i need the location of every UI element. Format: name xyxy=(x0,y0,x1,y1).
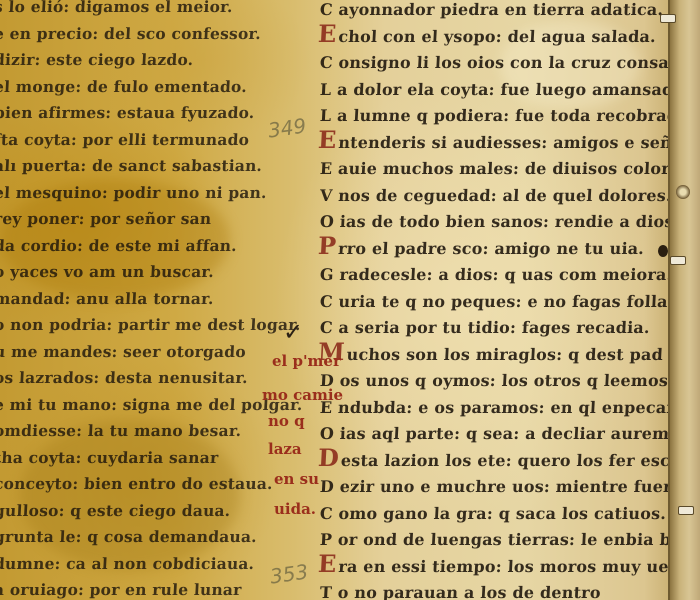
red-initial xyxy=(317,575,319,600)
text-line: E auie muchos males: de diuisos colores. xyxy=(317,153,668,180)
text-line: el mesquino: podir uno ni pan. xyxy=(0,180,295,207)
text-line: u me mandes: seer otorgado xyxy=(0,339,295,366)
text-line: O ias aql parte: q sea: a decliar auremo… xyxy=(317,418,668,445)
binding-clasp xyxy=(660,14,676,23)
manuscript-photo: s lo elió: digamos el meior. e en precio… xyxy=(0,0,700,600)
text-line: e en precio: del sco confessor. xyxy=(0,21,295,48)
text-line: P or ond de luengas tierras: le enbia bo… xyxy=(317,524,668,551)
text-line: fta coyta: por elli termunado xyxy=(0,127,295,154)
text-line: C onsigno li los oios con la cruz consag… xyxy=(317,47,668,74)
text-line: V nos de ceguedad: al de quel dolores. xyxy=(317,180,668,207)
text-line: tha coyta: cuydaria sanar xyxy=(0,445,295,472)
rubric-marginalia: en su xyxy=(274,470,319,488)
text-line: C ayonnador piedra en tierra adatica. xyxy=(317,0,668,21)
check-mark: ✓ xyxy=(283,318,303,346)
text-line: dumne: ca al non cobdiciaua. xyxy=(0,551,295,578)
red-initial: E xyxy=(317,19,337,48)
rubric-marginalia: uida. xyxy=(274,500,316,518)
text-line: os lazrados: desta nenusitar. xyxy=(0,365,295,392)
text-line: Desta lazion los ete: quero los fer escu… xyxy=(317,445,668,472)
text-line: o yaces vo am un buscar. xyxy=(0,259,295,286)
red-initial: E xyxy=(317,125,337,154)
text-line: Echol con el ysopo: del agua salada. xyxy=(317,21,668,48)
text-line: a oruiago: por en rule lunar xyxy=(0,577,295,600)
binding-hole xyxy=(676,185,690,199)
text-line: o non podria: partir me dest logar. xyxy=(0,312,295,339)
red-initial: P xyxy=(317,231,337,260)
text-line: C uria te q no peques: e no fagas folla. xyxy=(317,286,668,313)
text-line: da cordio: de este mi affan. xyxy=(0,233,295,260)
text-line: T o no parauan a los de dentro xyxy=(317,577,668,600)
text-line: conceyto: bien entro do estaua. xyxy=(0,471,295,498)
text-line: E ndubda: e os paramos: en ql enpecaremo… xyxy=(317,392,668,419)
binding-clasp xyxy=(678,506,694,515)
red-initial: D xyxy=(317,443,340,472)
text-line: mandad: anu alla tornar. xyxy=(0,286,295,313)
text-line: O ias de todo bien sanos: rendie a dios … xyxy=(317,206,668,233)
text-line: el monge: de fulo ementado. xyxy=(0,74,295,101)
rubric-marginalia: el p'mer xyxy=(272,352,341,370)
pencil-folio-number: 349 xyxy=(267,113,308,142)
text-line: Entenderis si audiesses: amigos e señore… xyxy=(317,127,668,154)
rubric-marginalia: mo camie xyxy=(262,386,343,404)
right-text-column: C ayonnador piedra en tierra adatica. Ec… xyxy=(318,0,668,600)
text-line: Prro el padre sco: amigo ne tu uia. xyxy=(317,233,668,260)
text-line: grunta le: q cosa demandaua. xyxy=(0,524,295,551)
text-line: D ezir uno e muchre uos: mientre fuerede… xyxy=(317,471,668,498)
text-line: bien afirmes: estaua fyuzado. xyxy=(0,100,295,127)
rubric-marginalia: no q xyxy=(268,412,305,430)
red-initial: E xyxy=(317,549,337,578)
text-line: omdiesse: la tu mano besar. xyxy=(0,418,295,445)
text-line: Muchos son los miraglos: q dest pad sabe… xyxy=(317,339,668,366)
text-line: e mi tu mano: signa me del polgar. xyxy=(0,392,295,419)
left-text-column: s lo elió: digamos el meior. e en precio… xyxy=(0,0,294,600)
text-line: G radecesle: a dios: q uas com meiora. xyxy=(317,259,668,286)
text-line: s lo elió: digamos el meior. xyxy=(0,0,295,21)
text-line: dizir: este ciego lazdo. xyxy=(0,47,295,74)
text-line: alı puerta: de sanct sabastian. xyxy=(0,153,295,180)
text-line: D os unos q oymos: los otros q leemos. xyxy=(317,365,668,392)
pencil-folio-number: 353 xyxy=(269,559,310,588)
text-line: C a seria por tu tidio: fages recadia. xyxy=(317,312,668,339)
text-line: L a lumne q podiera: fue toda recobrada. xyxy=(317,100,668,127)
text-line: rey poner: por señor san xyxy=(0,206,295,233)
rubric-marginalia: laza xyxy=(268,440,302,458)
text-line: L a dolor ela coyta: fue luego amansada. xyxy=(317,74,668,101)
text-line: gulloso: q este ciego daua. xyxy=(0,498,295,525)
text-line: C omo gano la gra: q saca los catiuos. xyxy=(317,498,668,525)
binding-hole xyxy=(658,245,668,257)
binding-clasp xyxy=(670,256,686,265)
text-line: Era en essi tiempo: los moros muy uezino… xyxy=(317,551,668,578)
